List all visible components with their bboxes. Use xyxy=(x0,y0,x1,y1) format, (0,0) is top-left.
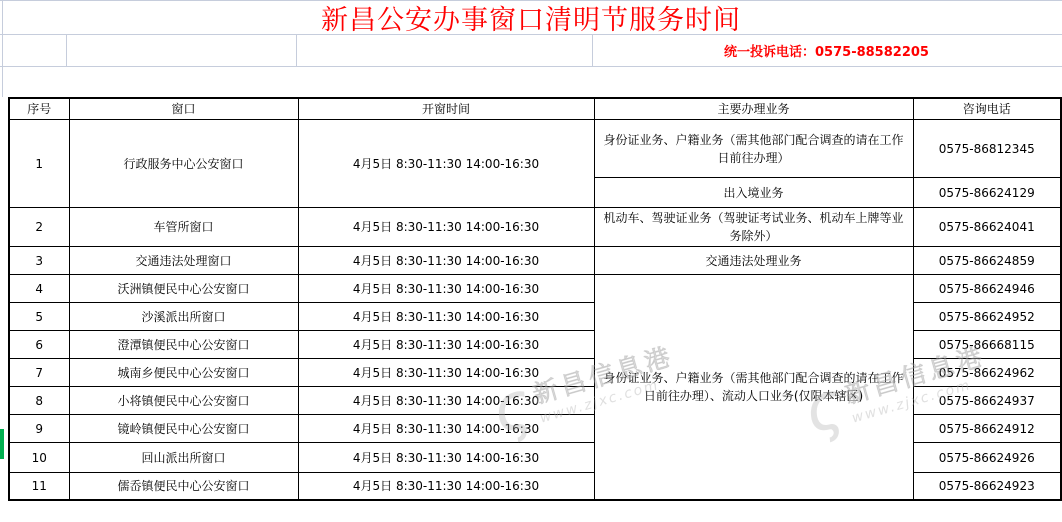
seq-cell: 9 xyxy=(9,415,69,443)
phone-cell: 0575-86624952 xyxy=(913,303,1061,331)
time-cell: 4月5日 8:30-11:30 14:00-16:30 xyxy=(298,208,594,247)
table-header-row: 序号 窗口 开窗时间 主要办理业务 咨询电话 xyxy=(9,98,1061,120)
table-row: 4 沃洲镇便民中心公安窗口 4月5日 8:30-11:30 14:00-16:3… xyxy=(9,275,1061,303)
seq-cell: 5 xyxy=(9,303,69,331)
window-cell: 沙溪派出所窗口 xyxy=(69,303,298,331)
gridline xyxy=(296,34,297,66)
window-cell: 小将镇便民中心公安窗口 xyxy=(69,387,298,415)
business-cell: 交通违法处理业务 xyxy=(594,247,913,275)
time-cell: 4月5日 8:30-11:30 14:00-16:30 xyxy=(298,359,594,387)
time-cell: 4月5日 8:30-11:30 14:00-16:30 xyxy=(298,443,594,473)
window-cell: 儒岙镇便民中心公安窗口 xyxy=(69,473,298,500)
gridline xyxy=(0,66,1062,67)
seq-cell: 11 xyxy=(9,473,69,500)
seq-cell: 8 xyxy=(9,387,69,415)
business-cell: 机动车、驾驶证业务（驾驶证考试业务、机动车上牌等业务除外） xyxy=(594,208,913,247)
spreadsheet-screenshot: 新昌公安办事窗口清明节服务时间 统一投诉电话：0575-88582205 序号 … xyxy=(0,0,1062,522)
time-cell: 4月5日 8:30-11:30 14:00-16:30 xyxy=(298,415,594,443)
window-cell: 城南乡便民中心公安窗口 xyxy=(69,359,298,387)
col-header-window: 窗口 xyxy=(69,98,298,120)
phone-cell: 0575-86624926 xyxy=(913,443,1061,473)
seq-cell: 3 xyxy=(9,247,69,275)
business-cell: 身份证业务、户籍业务（需其他部门配合调查的请在工作日前往办理） xyxy=(594,120,913,178)
seq-cell: 1 xyxy=(9,120,69,208)
phone-cell: 0575-86624041 xyxy=(913,208,1061,247)
service-window-table: 序号 窗口 开窗时间 主要办理业务 咨询电话 1 行政服务中心公安窗口 4月5日… xyxy=(8,97,1062,501)
seq-cell: 6 xyxy=(9,331,69,359)
time-cell: 4月5日 8:30-11:30 14:00-16:30 xyxy=(298,120,594,208)
seq-cell: 7 xyxy=(9,359,69,387)
time-cell: 4月5日 8:30-11:30 14:00-16:30 xyxy=(298,247,594,275)
window-cell: 交通违法处理窗口 xyxy=(69,247,298,275)
col-header-business: 主要办理业务 xyxy=(594,98,913,120)
col-header-seq: 序号 xyxy=(9,98,69,120)
time-cell: 4月5日 8:30-11:30 14:00-16:30 xyxy=(298,275,594,303)
phone-cell: 0575-86624129 xyxy=(913,178,1061,208)
table-row: 3 交通违法处理窗口 4月5日 8:30-11:30 14:00-16:30 交… xyxy=(9,247,1061,275)
window-cell: 车管所窗口 xyxy=(69,208,298,247)
phone-cell: 0575-86624923 xyxy=(913,473,1061,500)
phone-cell: 0575-86624859 xyxy=(913,247,1061,275)
window-cell: 镜岭镇便民中心公安窗口 xyxy=(69,415,298,443)
table-row: 1 行政服务中心公安窗口 4月5日 8:30-11:30 14:00-16:30… xyxy=(9,120,1061,178)
gridline xyxy=(66,34,67,66)
phone-cell: 0575-86624937 xyxy=(913,387,1061,415)
page-title: 新昌公安办事窗口清明节服务时间 xyxy=(0,0,1062,34)
col-header-time: 开窗时间 xyxy=(298,98,594,120)
seq-cell: 4 xyxy=(9,275,69,303)
phone-cell: 0575-86624946 xyxy=(913,275,1061,303)
table-row: 2 车管所窗口 4月5日 8:30-11:30 14:00-16:30 机动车、… xyxy=(9,208,1061,247)
time-cell: 4月5日 8:30-11:30 14:00-16:30 xyxy=(298,303,594,331)
seq-cell: 2 xyxy=(9,208,69,247)
window-cell: 澄潭镇便民中心公安窗口 xyxy=(69,331,298,359)
row-selection-accent xyxy=(0,429,4,459)
window-cell: 回山派出所窗口 xyxy=(69,443,298,473)
seq-cell: 10 xyxy=(9,443,69,473)
window-cell: 行政服务中心公安窗口 xyxy=(69,120,298,208)
complaint-phone-line: 统一投诉电话：0575-88582205 xyxy=(593,35,1060,66)
time-cell: 4月5日 8:30-11:30 14:00-16:30 xyxy=(298,331,594,359)
time-cell: 4月5日 8:30-11:30 14:00-16:30 xyxy=(298,387,594,415)
phone-cell: 0575-86624962 xyxy=(913,359,1061,387)
window-cell: 沃洲镇便民中心公安窗口 xyxy=(69,275,298,303)
phone-cell: 0575-86624912 xyxy=(913,415,1061,443)
merged-business-cell: 身份证业务、户籍业务（需其他部门配合调查的请在工作日前往办理）、流动人口业务(仅… xyxy=(594,275,913,500)
time-cell: 4月5日 8:30-11:30 14:00-16:30 xyxy=(298,473,594,500)
phone-cell: 0575-86812345 xyxy=(913,120,1061,178)
business-cell: 出入境业务 xyxy=(594,178,913,208)
col-header-phone: 咨询电话 xyxy=(913,98,1061,120)
phone-cell: 0575-86668115 xyxy=(913,331,1061,359)
